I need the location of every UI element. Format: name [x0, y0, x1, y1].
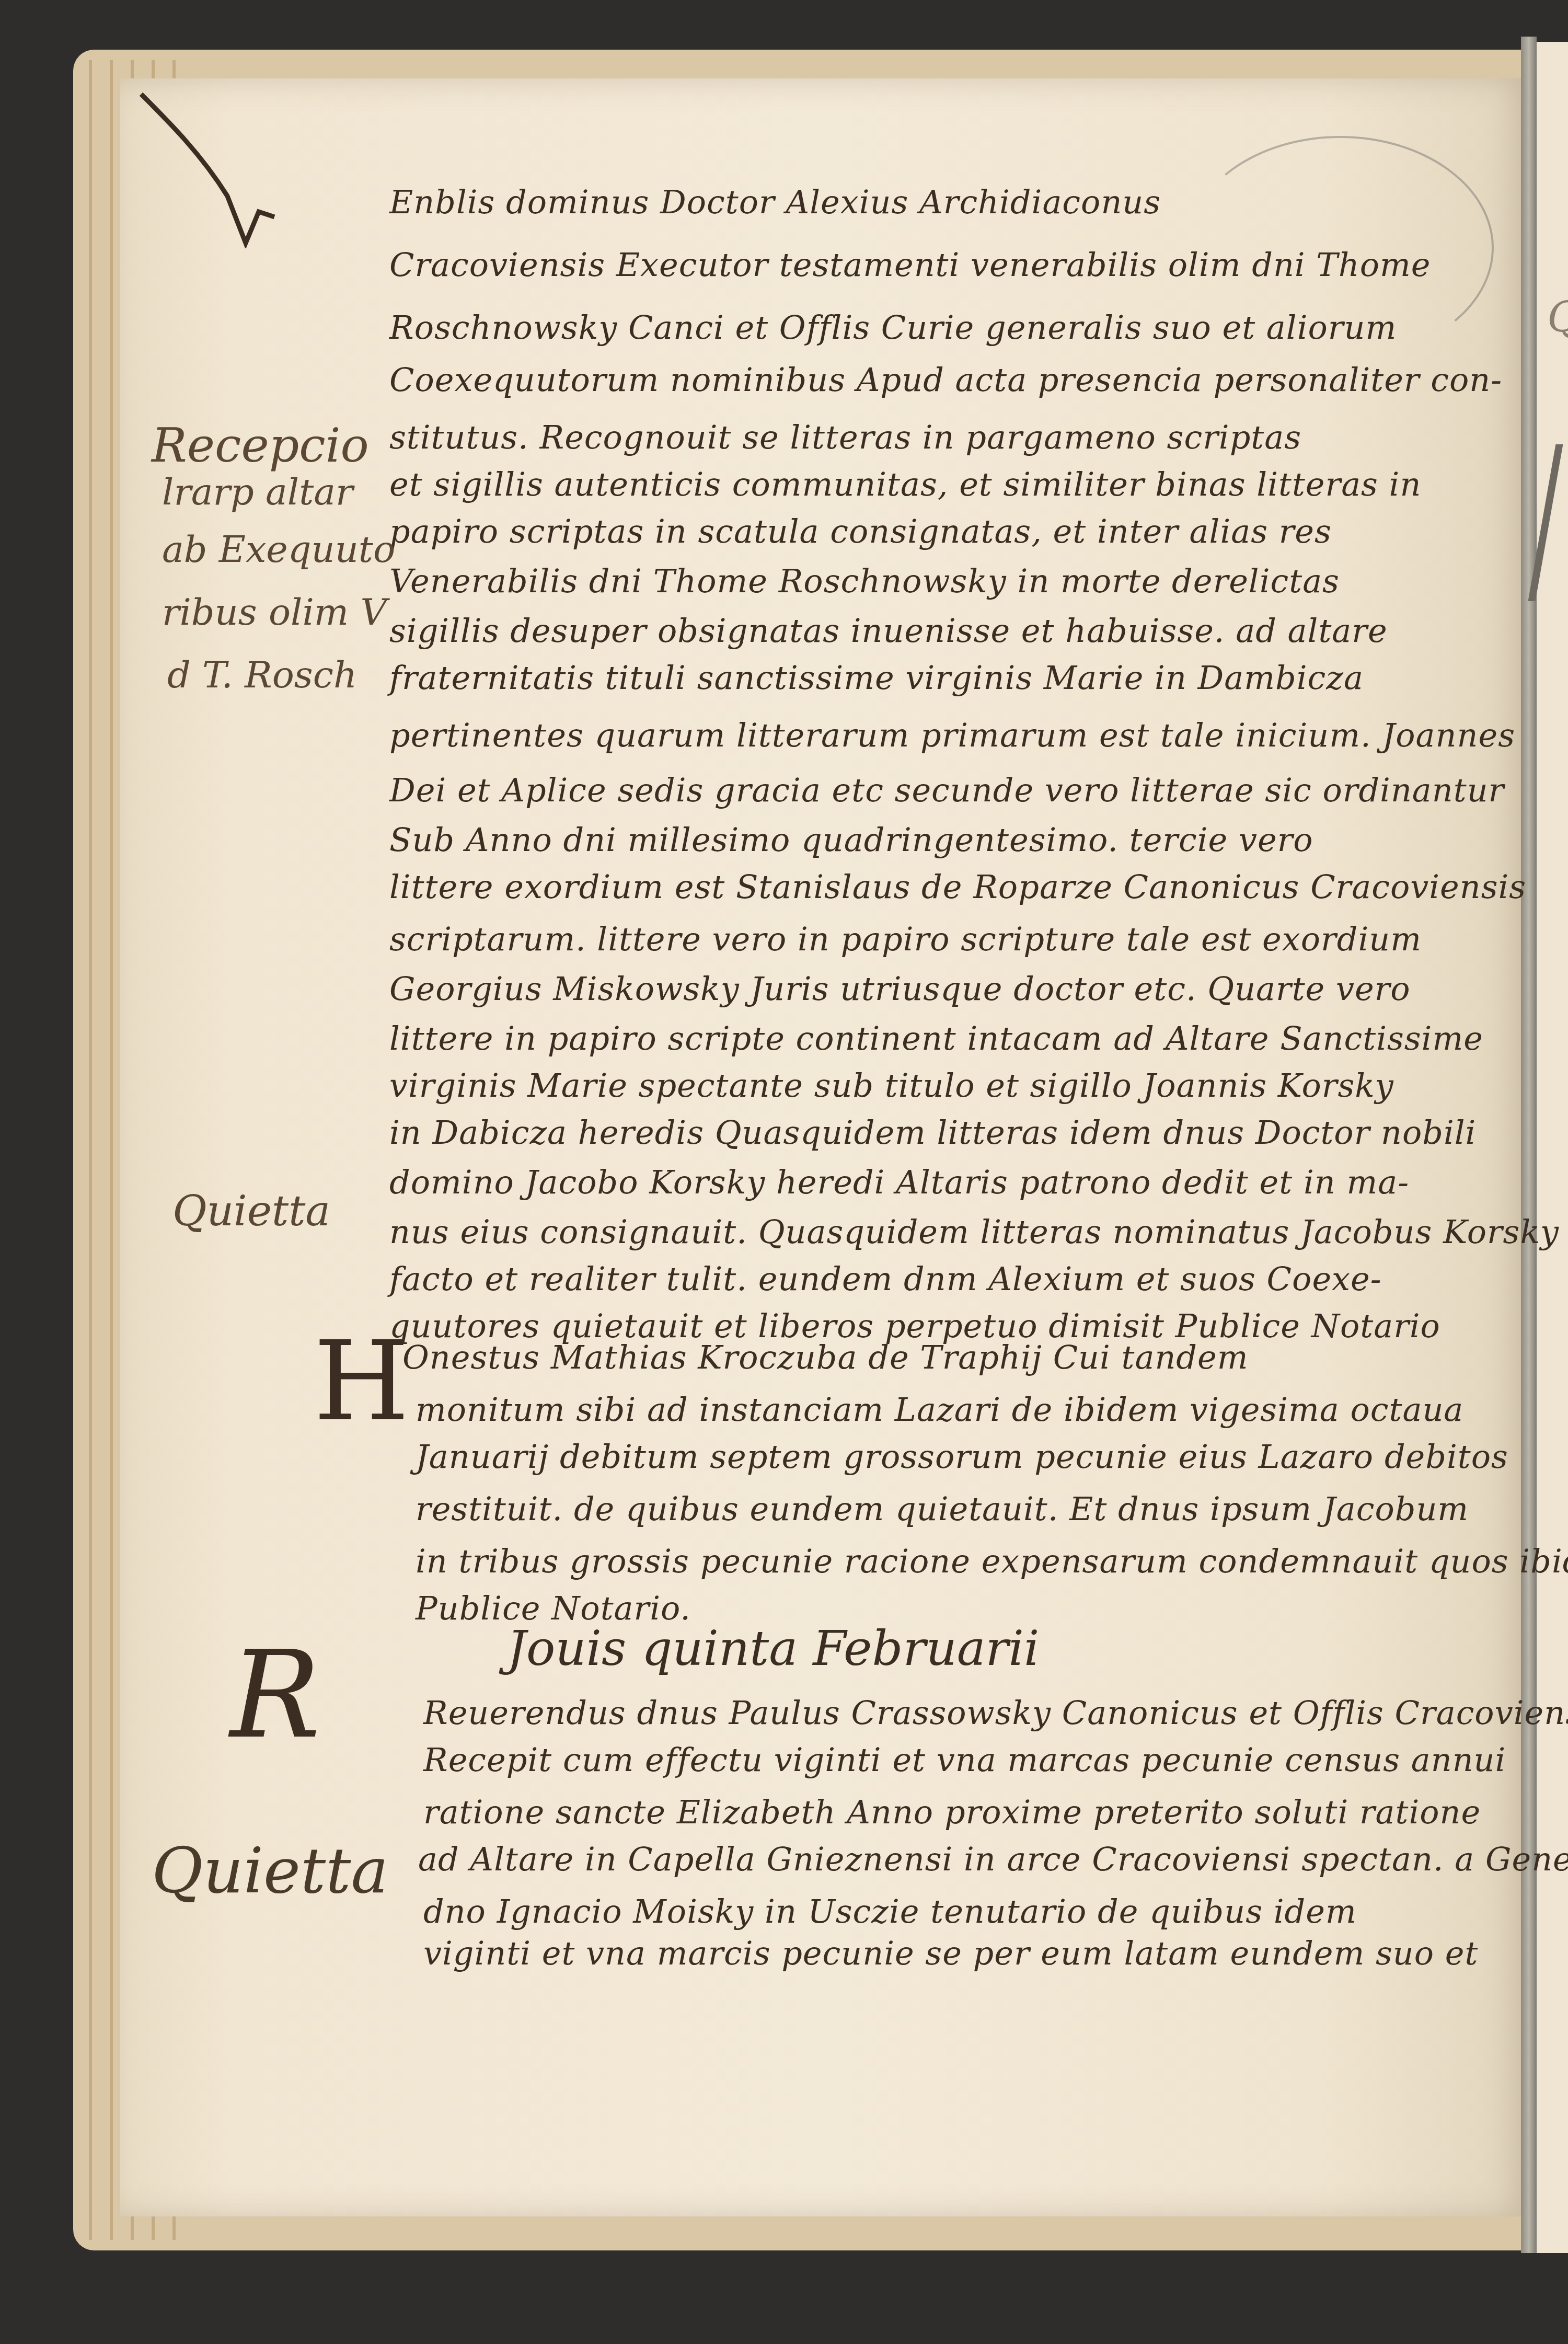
margin-note-line: lrarp altar [162, 470, 353, 513]
text-line: viginti et vna marcis pecunie se per eum… [423, 1934, 1478, 1972]
text-line: Januarij debitum septem grossorum pecuni… [416, 1438, 1508, 1476]
text-line: littere in papiro scripte continent inta… [389, 1019, 1483, 1058]
text-line: pertinentes quarum litterarum primarum e… [389, 716, 1515, 754]
text-line: Cracoviensis Executor testamenti venerab… [389, 246, 1431, 284]
text-line: virginis Marie spectante sub titulo et s… [389, 1066, 1394, 1105]
margin-note-line: d T. Rosch [167, 653, 357, 696]
text-line: Coexequutorum nominibus Apud acta presen… [389, 361, 1502, 399]
text-line: sigillis desuper obsignatas inuenisse et… [389, 612, 1388, 650]
margin-note-quietta: Quietta [172, 1187, 330, 1235]
initial-v-icon [139, 91, 379, 248]
text-line: Reuerendus dnus Paulus Crassowsky Canoni… [423, 1694, 1568, 1732]
text-line: ratione sancte Elizabeth Anno proxime pr… [423, 1793, 1481, 1831]
text-line: ad Altare in Capella Gnieznensi in arce … [418, 1840, 1568, 1878]
text-line: monitum sibi ad instanciam Lazari de ibi… [416, 1391, 1463, 1429]
text-line: Venerabilis dni Thome Roschnowsky in mor… [389, 562, 1340, 600]
text-line: stitutus. Recognouit se litteras in parg… [389, 418, 1301, 456]
text-line: papiro scriptas in scatula consignatas, … [389, 512, 1332, 550]
facing-page-fragment-q: Q [1547, 293, 1568, 341]
margin-note-quietta: Quietta [152, 1835, 388, 1908]
text-line: scriptarum. littere vero in papiro scrip… [389, 920, 1422, 958]
date-heading: Jouis quinta Februarii [507, 1621, 1039, 1676]
text-line: in tribus grossis pecunie racione expens… [416, 1542, 1568, 1580]
text-line: Onestus Mathias Kroczuba de Traphij Cui … [402, 1338, 1249, 1376]
text-line: Sub Anno dni millesimo quadringentesimo.… [389, 821, 1313, 859]
margin-note-line: ribus olim V [162, 591, 387, 634]
text-line: Enblis dominus Doctor Alexius Archidiaco… [389, 183, 1161, 221]
initial-h: H [314, 1317, 409, 1445]
margin-note-line: Recepcio [152, 418, 369, 473]
text-line: Recepit cum effectu viginti et vna marca… [423, 1741, 1506, 1779]
text-line: facto et realiter tulit. eundem dnm Alex… [389, 1260, 1382, 1298]
text-line: Georgius Miskowsky Juris utriusque docto… [389, 970, 1411, 1008]
facing-page-edge [1537, 42, 1568, 2253]
text-line: nus eius consignauit. Quasquidem littera… [389, 1213, 1559, 1251]
text-line: domino Jacobo Korsky heredi Altaris patr… [389, 1163, 1409, 1201]
page-edge [89, 60, 92, 2240]
initial-r: R [230, 1626, 320, 1765]
text-line: restituit. de quibus eundem quietauit. E… [416, 1490, 1469, 1528]
book-gutter [1521, 37, 1537, 2253]
text-line: Dei et Aplice sedis gracia etc secunde v… [389, 771, 1504, 809]
text-line: et sigillis autenticis communitas, et si… [389, 465, 1421, 503]
text-line: fraternitatis tituli sanctissime virgini… [389, 659, 1364, 697]
text-line: in Dabicza heredis Quasquidem litteras i… [389, 1113, 1476, 1152]
text-line: dno Ignacio Moisky in Usczie tenutario d… [423, 1892, 1357, 1931]
text-line: littere exordium est Stanislaus de Ropar… [389, 868, 1526, 906]
text-line: Roschnowsky Canci et Offlis Curie genera… [389, 308, 1397, 347]
page-edge [110, 60, 113, 2240]
margin-note-line: ab Exequuto [162, 528, 395, 571]
